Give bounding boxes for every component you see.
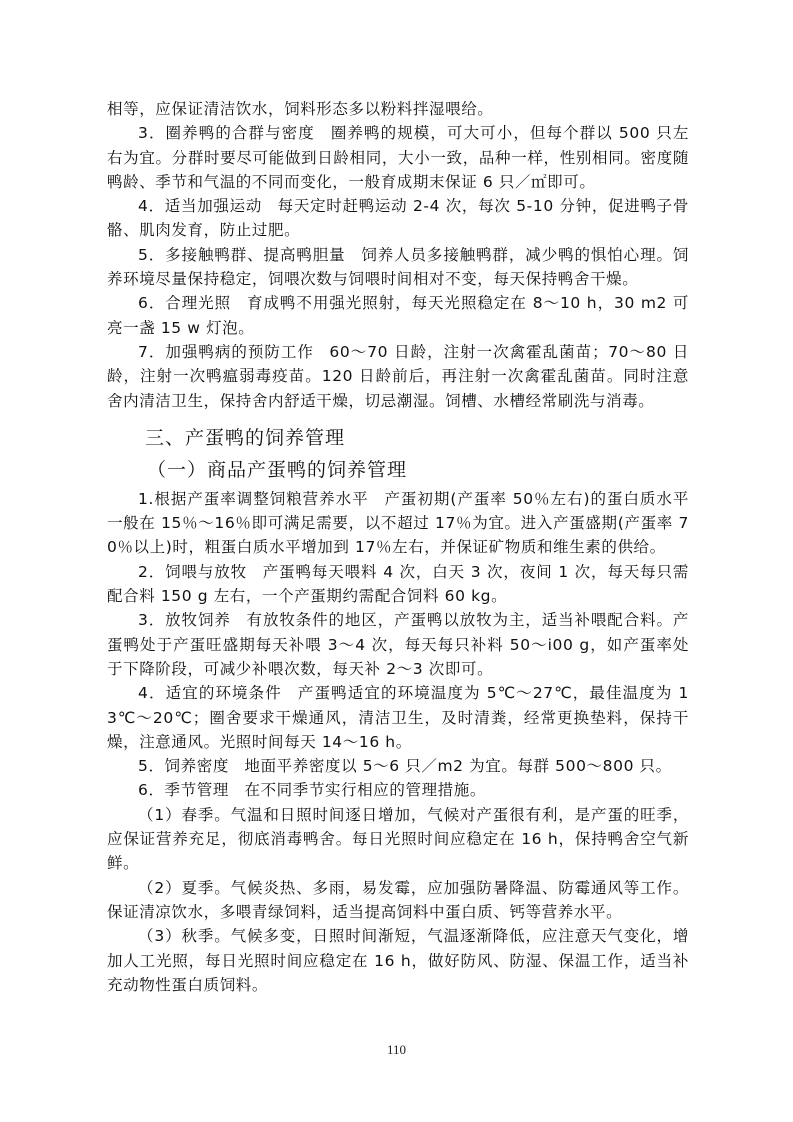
paragraph-continuation: 相等，应保证清洁饮水，饲料形态多以粉料拌湿喂给。 bbox=[107, 97, 689, 121]
paragraph-title: 7．加强鸭病的预防工作 bbox=[138, 343, 314, 361]
paragraph-contact: 5．多接触鸭群、提高鸭胆量饲养人员多接触鸭群，减少鸭的惧怕心理。饲养环境尽量保持… bbox=[107, 243, 689, 292]
paragraph-title: 6．季节管理 bbox=[138, 781, 229, 799]
subsection-heading: （一）商品产蛋鸭的饲养管理 bbox=[107, 456, 689, 484]
paragraph-text: 相等，应保证清洁饮水，饲料形态多以粉料拌湿喂给。 bbox=[107, 100, 493, 118]
paragraph-seasonal: 6．季节管理在不同季节实行相应的管理措施。 bbox=[107, 778, 689, 802]
paragraph-nutrition: 1.根据产蛋率调整饲粮营养水平产蛋初期(产蛋率 50％左右)的蛋白质水平一般在 … bbox=[107, 487, 689, 560]
paragraph-text: （1）春季。气温和日照时间逐日增加，气候对产蛋很有利，是产蛋的旺季，应保证营养充… bbox=[107, 806, 689, 873]
paragraph-text: 地面平养密度以 5～6 只／m2 为宜。每群 500～800 只。 bbox=[244, 757, 671, 775]
paragraph-title: 4．适宜的环境条件 bbox=[138, 684, 282, 702]
paragraph-summer: （2）夏季。气候炎热、多雨，易发霉，应加强防暑降温、防霉通风等工作。保证清凉饮水… bbox=[107, 876, 689, 925]
paragraph-environment: 4．适宜的环境条件产蛋鸭适宜的环境温度为 5℃～27℃，最佳温度为 13℃～20… bbox=[107, 681, 689, 754]
paragraph-text: 在不同季节实行相应的管理措施。 bbox=[244, 781, 486, 799]
paragraph-title: 6．合理光照 bbox=[138, 294, 231, 312]
paragraph-title: 3．圈养鸭的合群与密度 bbox=[138, 124, 315, 142]
paragraph-autumn: （3）秋季。气候多变，日照时间渐短，气温逐渐降低，应注意天气变化，增加人工光照，… bbox=[107, 924, 689, 997]
section-heading: 三、产蛋鸭的饲养管理 bbox=[107, 424, 689, 452]
paragraph-grouping-density: 3．圈养鸭的合群与密度圈养鸭的规模，可大可小，但每个群以 500 只左右为宜。分… bbox=[107, 121, 689, 194]
paragraph-text: （3）秋季。气候多变，日照时间渐短，气温逐渐降低，应注意天气变化，增加人工光照，… bbox=[107, 927, 689, 994]
paragraph-text: （2）夏季。气候炎热、多雨，易发霉，应加强防暑降温、防霉通风等工作。保证清凉饮水… bbox=[107, 879, 689, 921]
paragraph-disease-prevention: 7．加强鸭病的预防工作60～70 日龄，注射一次禽霍乱菌苗；70～80 日龄，注… bbox=[107, 340, 689, 413]
page-number: 110 bbox=[0, 1042, 793, 1058]
paragraph-title: 5．饲养密度 bbox=[138, 757, 229, 775]
paragraph-title: 3．放牧饲养 bbox=[138, 611, 231, 629]
paragraph-title: 1.根据产蛋率调整饲粮营养水平 bbox=[138, 490, 369, 508]
paragraph-grazing-feeding: 3．放牧饲养有放牧条件的地区，产蛋鸭以放牧为主，适当补喂配合料。产蛋鸭处于产蛋旺… bbox=[107, 608, 689, 681]
paragraph-title: 2．饲喂与放牧 bbox=[138, 563, 247, 581]
paragraph-feeding-grazing: 2．饲喂与放牧产蛋鸭每天喂料 4 次，白天 3 次，夜间 1 次，每天每只需配合… bbox=[107, 560, 689, 609]
paragraph-exercise: 4．适当加强运动每天定时赶鸭运动 2-4 次，每次 5-10 分钟，促进鸭子骨骼… bbox=[107, 194, 689, 243]
paragraph-title: 5．多接触鸭群、提高鸭胆量 bbox=[138, 246, 346, 264]
paragraph-spring: （1）春季。气温和日照时间逐日增加，气候对产蛋很有利，是产蛋的旺季，应保证营养充… bbox=[107, 803, 689, 876]
document-page: 相等，应保证清洁饮水，饲料形态多以粉料拌湿喂给。 3．圈养鸭的合群与密度圈养鸭的… bbox=[107, 97, 689, 997]
paragraph-title: 4．适当加强运动 bbox=[138, 197, 262, 215]
paragraph-lighting: 6．合理光照育成鸭不用强光照射，每天光照稳定在 8～10 h，30 m2 可亮一… bbox=[107, 291, 689, 340]
paragraph-density: 5．饲养密度地面平养密度以 5～6 只／m2 为宜。每群 500～800 只。 bbox=[107, 754, 689, 778]
